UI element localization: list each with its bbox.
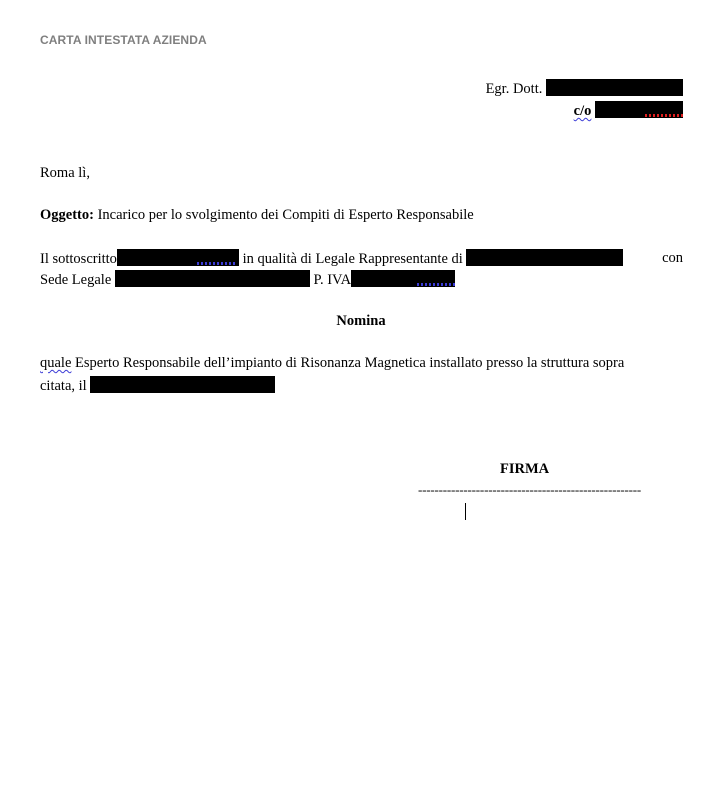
- paragraph-2-line-2: citata, il: [40, 376, 275, 395]
- redacted-company-name: [466, 249, 623, 266]
- care-of-label: c/o: [574, 103, 592, 119]
- text-con: con: [662, 249, 683, 267]
- firma-text: FIRMA: [500, 461, 549, 477]
- subject-text: Incarico per lo svolgimento dei Compiti …: [98, 207, 474, 223]
- text-piva: P. IVA: [314, 272, 352, 288]
- place-date: Roma lì,: [40, 164, 90, 182]
- redacted-legal-address: [115, 270, 310, 287]
- signature-line: ----------------------------------------…: [418, 481, 641, 499]
- redacted-vat-number: [351, 270, 455, 287]
- nomina-heading: Nomina: [0, 312, 712, 330]
- subject-label: Oggetto:: [40, 207, 94, 223]
- subject-line: Oggetto: Incarico per lo svolgimento dei…: [40, 206, 474, 224]
- nomina-text: Nomina: [336, 313, 385, 329]
- care-of-line: c/o: [574, 101, 683, 120]
- redacted-expert-name: [90, 376, 275, 393]
- redacted-signatory-name: [117, 249, 239, 266]
- text-sede-legale: Sede Legale: [40, 272, 111, 288]
- text-quale: quale: [40, 355, 71, 371]
- redacted-care-of: [595, 101, 683, 118]
- text-sottoscritto: Il sottoscritto: [40, 251, 117, 267]
- salutation: Egr. Dott.: [486, 81, 543, 97]
- paragraph-1-line-1: Il sottoscritto in qualità di Legale Rap…: [40, 249, 683, 268]
- recipient-line: Egr. Dott.: [486, 79, 683, 98]
- signature-label: FIRMA: [500, 460, 549, 478]
- text-expert-appointment: Esperto Responsabile dell’impianto di Ri…: [75, 355, 624, 371]
- redacted-recipient-name: [546, 79, 683, 96]
- paragraph-1-line-2: Sede Legale P. IVA: [40, 270, 455, 289]
- paragraph-2-line-1: quale Esperto Responsabile dell’impianto…: [40, 354, 683, 372]
- letterhead: CARTA INTESTATA AZIENDA: [40, 33, 207, 47]
- text-cursor: [465, 503, 466, 520]
- text-legal-rep: in qualità di Legale Rappresentante di: [243, 251, 463, 267]
- text-citata: citata, il: [40, 378, 87, 394]
